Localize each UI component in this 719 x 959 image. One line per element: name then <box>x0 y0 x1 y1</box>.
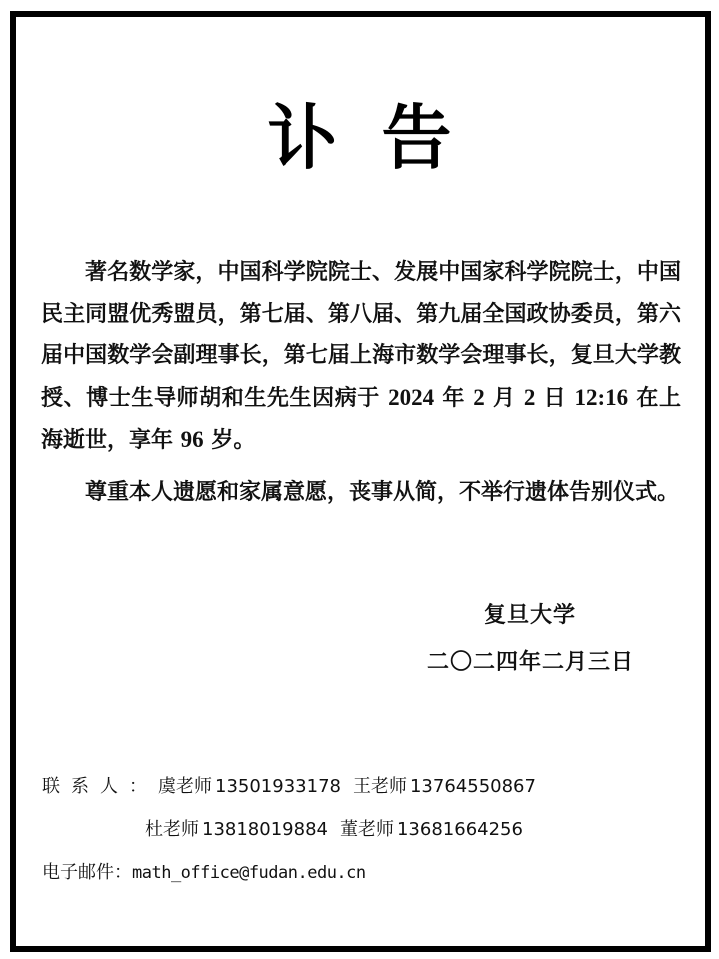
email-link[interactable]: math_office@fudan.edu.cn <box>132 863 366 883</box>
death-year: 2024 <box>388 385 434 410</box>
contact-phone[interactable]: 13681664256 <box>397 819 523 840</box>
obituary-paragraph-2: 尊重本人遗愿和家属意愿，丧事从简，不举行遗体告别仪式。 <box>41 472 681 514</box>
paragraph-segment: 日 <box>535 386 574 411</box>
contact-row-2: 杜老师13818019884董老师13681664256 <box>145 818 535 842</box>
contact-phone[interactable]: 13764550867 <box>410 776 536 797</box>
contact-name: 杜老师 <box>145 819 199 840</box>
contact-row-1: 联系人：虞老师13501933178王老师13764550867 <box>42 775 548 799</box>
paragraph-segment: 岁。 <box>204 428 256 453</box>
contact-label: 联系人： <box>42 775 158 799</box>
contact-name: 董老师 <box>340 819 394 840</box>
contact-name: 虞老师 <box>158 776 212 797</box>
email-row: 电子邮件：math_office@fudan.edu.cn <box>42 861 366 885</box>
death-time: 12:16 <box>574 385 628 410</box>
contact-person: 王老师13764550867 <box>353 776 536 797</box>
contact-person: 虞老师13501933178 <box>158 776 341 797</box>
contact-person: 杜老师13818019884 <box>145 819 328 840</box>
paragraph-text-2: 尊重本人遗愿和家属意愿，丧事从简，不举行遗体告别仪式。 <box>41 472 681 514</box>
contact-phone[interactable]: 13501933178 <box>215 776 341 797</box>
contact-name: 王老师 <box>353 776 407 797</box>
paragraph-segment: 年 <box>434 386 473 411</box>
death-day: 2 <box>524 385 536 410</box>
contact-phone[interactable]: 13818019884 <box>202 819 328 840</box>
contact-person: 董老师13681664256 <box>340 819 523 840</box>
email-label: 电子邮件： <box>42 861 132 885</box>
paragraph-text-1: 著名数学家，中国科学院院士、发展中国家科学院院士，中国民主同盟优秀盟员，第七届、… <box>41 252 681 462</box>
death-month: 2 <box>473 385 485 410</box>
paragraph-segment: 尊重本人遗愿和家属意愿，丧事从简，不举行遗体告别仪式。 <box>85 480 679 505</box>
page-title: 讣告 <box>0 98 719 178</box>
obituary-paragraph-1: 著名数学家，中国科学院院士、发展中国家科学院院士，中国民主同盟优秀盟员，第七届、… <box>41 252 681 462</box>
signature-organization: 复旦大学 <box>484 598 576 629</box>
signature-date: 二〇二四年二月三日 <box>427 645 634 676</box>
age: 96 <box>181 427 204 452</box>
paragraph-segment: 月 <box>485 386 524 411</box>
